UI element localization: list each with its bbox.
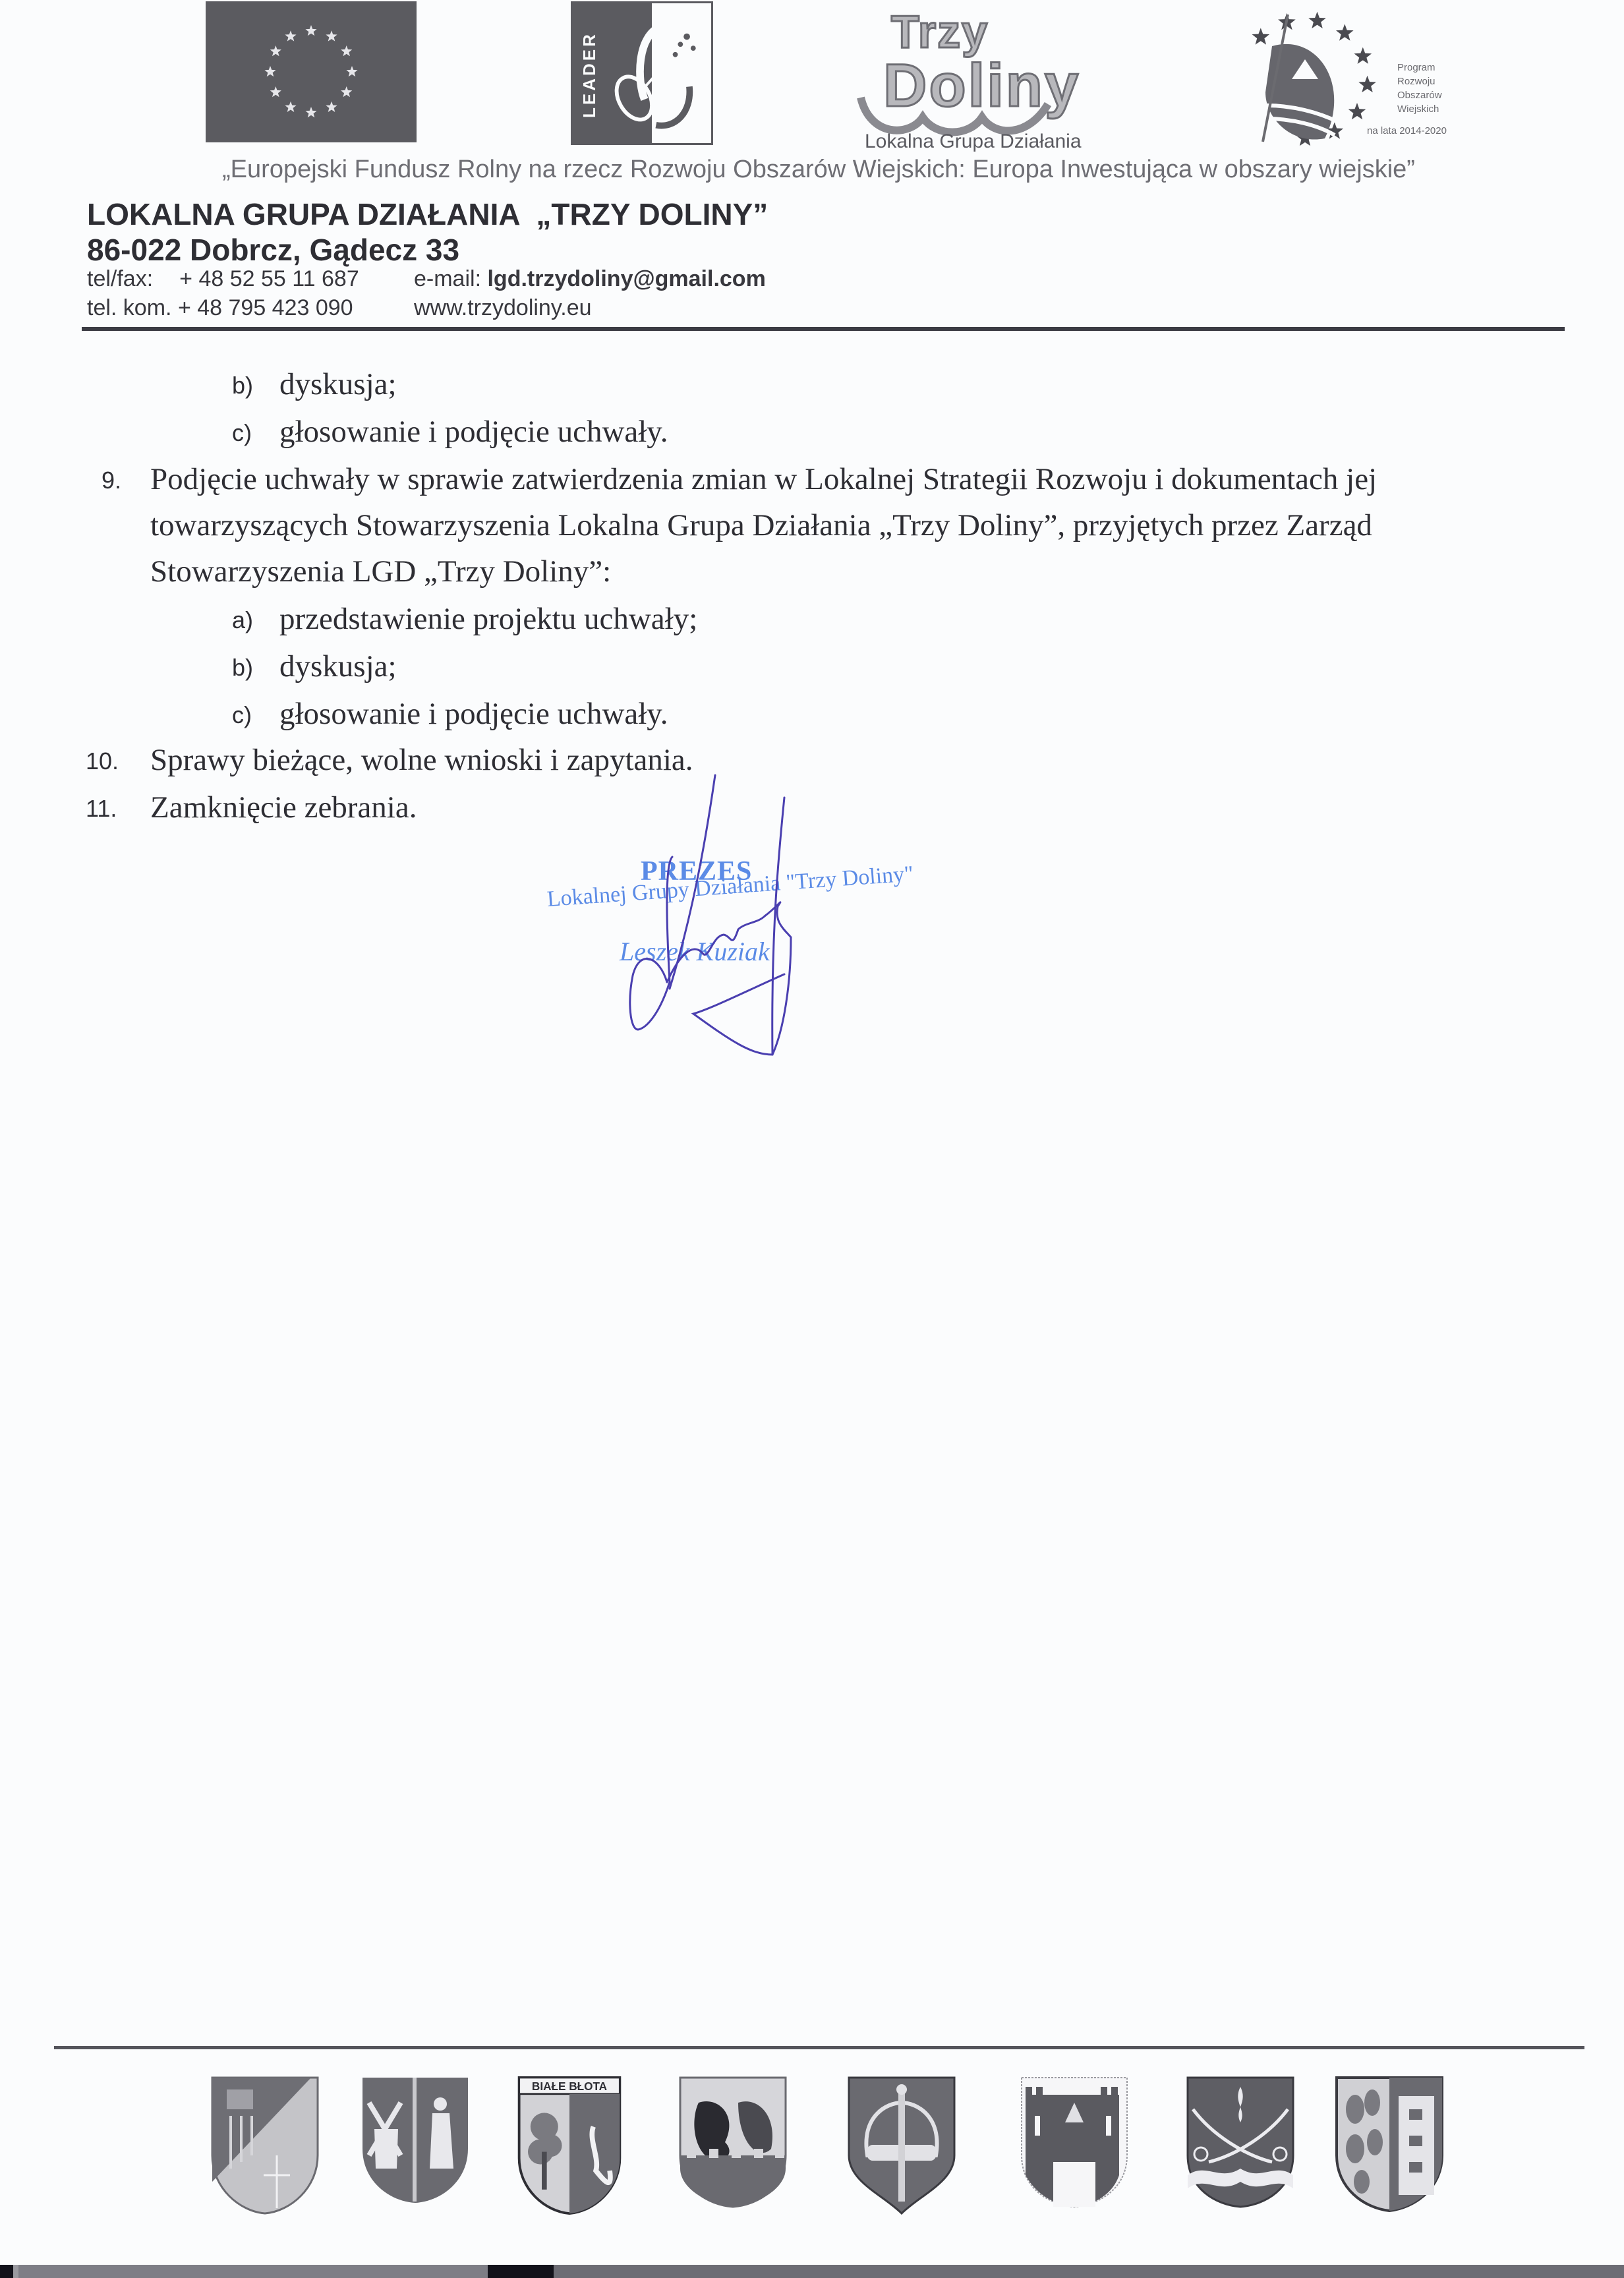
trzy-doliny-logo: Trzy Doliny Lokalna Grupa Działania (850, 5, 1074, 152)
crest-windmill-figure-icon (361, 2076, 469, 2215)
mobile-label: tel. kom. (87, 295, 171, 320)
crest-2 (361, 2076, 469, 2215)
list-marker: b) (232, 654, 253, 682)
telfax-label: tel/fax: (87, 266, 153, 291)
email-link[interactable]: lgd.trzydoliny@gmail.com (487, 266, 765, 291)
crest-castle-bishop-icon (1020, 2076, 1128, 2215)
header-divider (82, 327, 1565, 331)
list-marker: c) (232, 701, 252, 729)
telfax-line: tel/fax:+ 48 52 55 11 687 (87, 266, 359, 292)
crest-4 (679, 2076, 787, 2215)
valley-wave-icon (850, 5, 1074, 152)
eu-stars-icon (206, 1, 417, 142)
mobile-value: + 48 795 423 090 (178, 295, 353, 320)
list-marker: 11. (86, 795, 117, 823)
leader-emblem-icon (573, 3, 711, 143)
email-line: e-mail: lgd.trzydoliny@gmail.com (414, 266, 766, 292)
organization-address: 86-022 Dobrcz, Gądecz 33 (87, 232, 459, 268)
crest-8 (1335, 2076, 1443, 2215)
crest-sabers-fleur-icon (1186, 2076, 1294, 2215)
handwritten-signature (514, 765, 936, 1068)
crest-5 (848, 2076, 956, 2215)
prow-text: Program Rozwoju Obszarów Wiejskich (1397, 61, 1442, 116)
prow-years: na lata 2014-2020 (1367, 125, 1447, 136)
fund-tagline: „Europejski Fundusz Rolny na rzecz Rozwo… (0, 156, 1624, 184)
crest-1 (211, 2076, 319, 2215)
list-marker: 9. (101, 467, 121, 494)
list-text: Zamknięcie zebrania. (150, 790, 417, 825)
organization-name: LOKALNA GRUPA DZIAŁANIA „TRZY DOLINY” (87, 196, 768, 232)
crest-3-biale-blota: BIAŁE BŁOTA (515, 2076, 623, 2215)
svg-text:BIAŁE BŁOTA: BIAŁE BŁOTA (532, 2080, 607, 2093)
list-text-line: towarzyszących Stowarzyszenia Lokalna Gr… (150, 508, 1372, 543)
list-text: dyskusja; (279, 649, 397, 684)
telfax-value: + 48 52 55 11 687 (179, 266, 359, 291)
eu-flag-logo (206, 1, 417, 142)
list-marker: a) (232, 606, 253, 634)
scan-edge (0, 2265, 1624, 2278)
website-link[interactable]: www.trzydoliny.eu (414, 295, 592, 321)
list-marker: c) (232, 419, 252, 447)
crest-oak-tower-icon (1335, 2076, 1443, 2215)
crest-7 (1186, 2076, 1294, 2215)
list-marker: 10. (86, 747, 119, 775)
list-text-line: Stowarzyszenia LGD „Trzy Doliny”: (150, 554, 611, 589)
list-text: głosowanie i podjęcie uchwały. (279, 414, 668, 450)
footer-divider (54, 2046, 1584, 2049)
crest-griffin-wall-icon (679, 2076, 787, 2215)
crest-6 (1020, 2076, 1128, 2215)
crest-crown-scepter-icon (848, 2076, 956, 2215)
leader-logo: LEADER (571, 1, 713, 145)
list-text: przedstawienie projektu uchwały; (279, 601, 697, 637)
email-label: e-mail: (414, 266, 481, 291)
list-text: głosowanie i podjęcie uchwały. (279, 696, 668, 732)
crest-wheat-cross-icon (211, 2076, 319, 2215)
list-text: dyskusja; (279, 366, 397, 402)
mobile-line: tel. kom. + 48 795 423 090 (87, 295, 353, 321)
logo-subtitle: Lokalna Grupa Działania (865, 131, 1082, 153)
prow-logo: Program Rozwoju Obszarów Wiejskich na la… (1219, 7, 1483, 148)
list-marker: b) (232, 372, 253, 399)
list-text-line: Podjęcie uchwały w sprawie zatwierdzenia… (150, 461, 1377, 497)
crest-tree-heron-icon: BIAŁE BŁOTA (515, 2076, 623, 2215)
